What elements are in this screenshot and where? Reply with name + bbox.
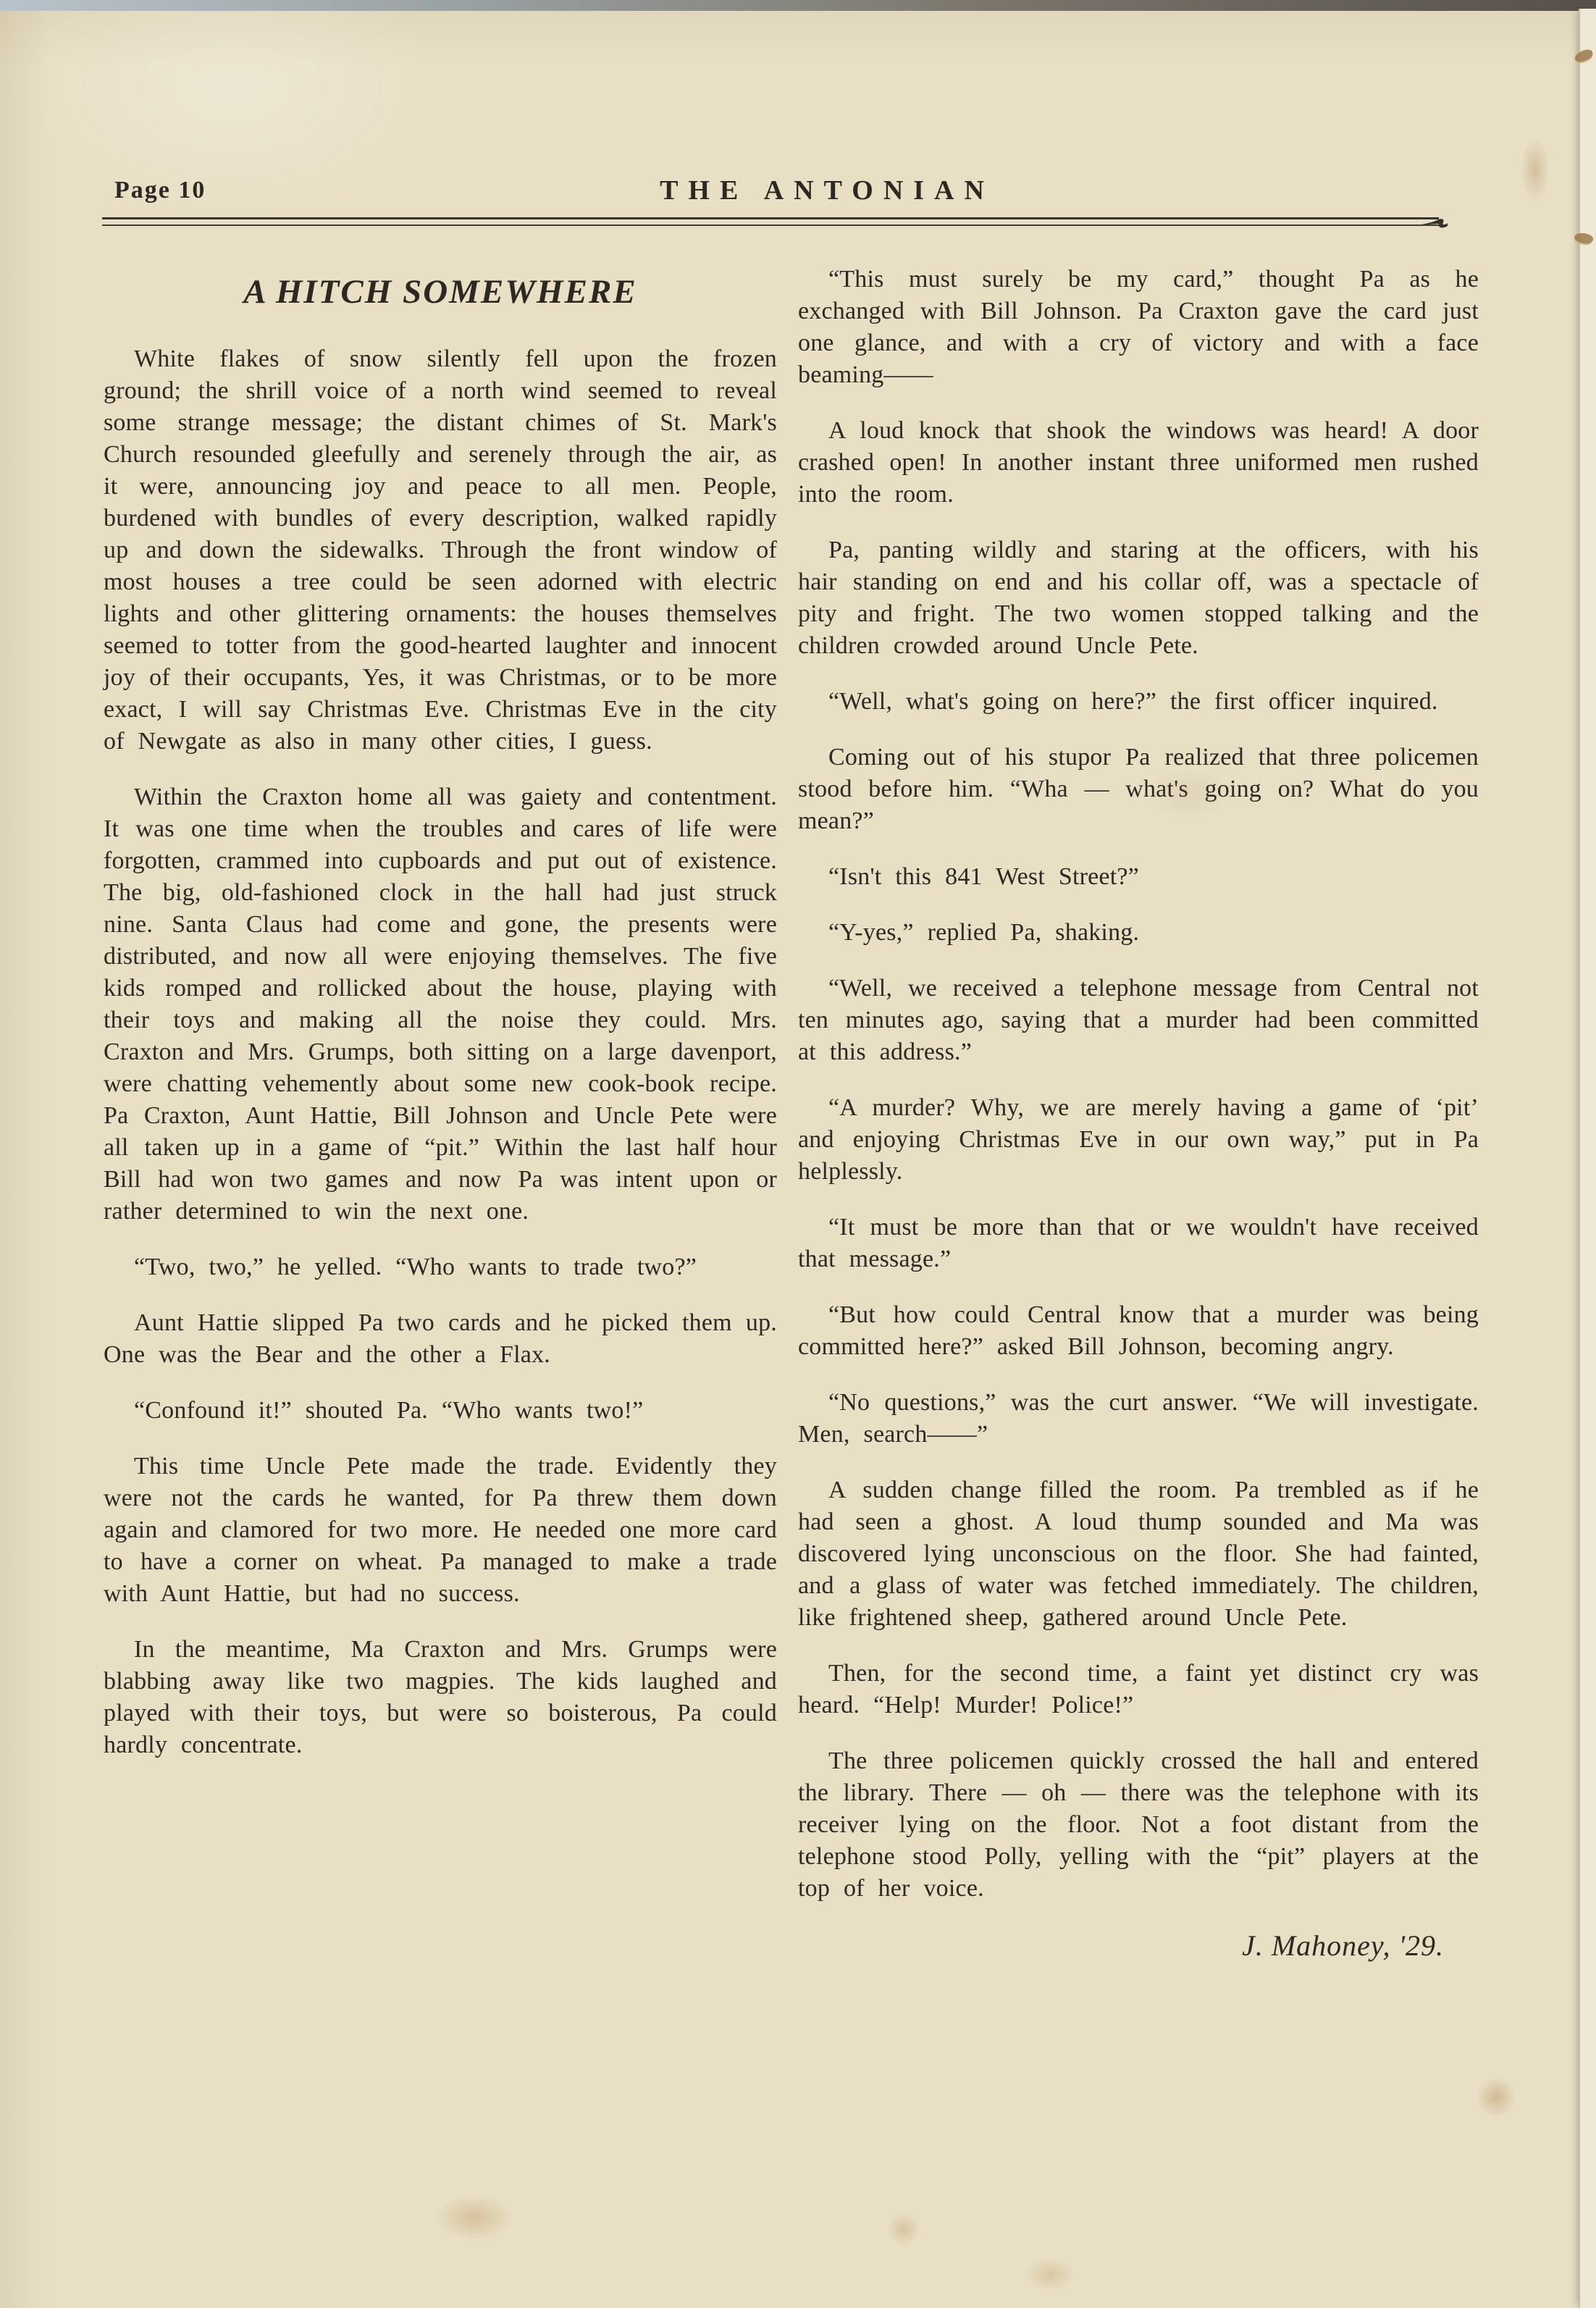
story-body: A HITCH SOMEWHERE White flakes of snow s…: [0, 0, 1596, 2308]
paragraph: A sudden change filled the room. Pa trem…: [798, 1474, 1479, 1634]
paragraph: “But how could Central know that a murde…: [798, 1299, 1479, 1363]
paragraph: “Well, what's going on here?” the first …: [798, 686, 1479, 718]
story-title: A HITCH SOMEWHERE: [104, 272, 777, 311]
paragraph: “Isn't this 841 West Street?”: [798, 861, 1479, 893]
right-column: “This must surely be my card,” thought P…: [798, 264, 1479, 1963]
paragraph: “It must be more than that or we wouldn'…: [798, 1212, 1479, 1275]
scanned-page: Page 10 THE ANTONIAN A HITCH SOMEWHERE W…: [0, 0, 1596, 2308]
byline: J. Mahoney, '29.: [798, 1929, 1479, 1963]
paragraph: “Well, we received a telephone message f…: [798, 973, 1479, 1068]
paragraph: Then, for the second time, a faint yet d…: [798, 1658, 1479, 1721]
paragraph: In the meantime, Ma Craxton and Mrs. Gru…: [104, 1634, 777, 1761]
paragraph: A loud knock that shook the windows was …: [798, 415, 1479, 511]
paragraph: “No questions,” was the curt answer. “We…: [798, 1387, 1479, 1451]
paragraph: “A murder? Why, we are merely having a g…: [798, 1092, 1479, 1188]
paragraph: This time Uncle Pete made the trade. Evi…: [104, 1451, 777, 1610]
paragraph: “Two, two,” he yelled. “Who wants to tra…: [104, 1251, 777, 1283]
paragraph: Coming out of his stupor Pa realized tha…: [798, 742, 1479, 837]
paragraph: Aunt Hattie slipped Pa two cards and he …: [104, 1307, 777, 1371]
paragraph: “Confound it!” shouted Pa. “Who wants tw…: [104, 1395, 777, 1427]
paragraph: The three policemen quickly crossed the …: [798, 1745, 1479, 1905]
paragraph: Within the Craxton home all was gaiety a…: [104, 781, 777, 1228]
left-column: A HITCH SOMEWHERE White flakes of snow s…: [104, 269, 777, 1785]
paragraph: “This must surely be my card,” thought P…: [798, 264, 1479, 391]
paragraph: “Y-yes,” replied Pa, shaking.: [798, 917, 1479, 949]
left-column-paragraphs: White flakes of snow silently fell upon …: [104, 343, 777, 1761]
paragraph: White flakes of snow silently fell upon …: [104, 343, 777, 758]
paragraph: Pa, panting wildly and staring at the of…: [798, 534, 1479, 662]
right-column-paragraphs: “This must surely be my card,” thought P…: [798, 264, 1479, 1905]
